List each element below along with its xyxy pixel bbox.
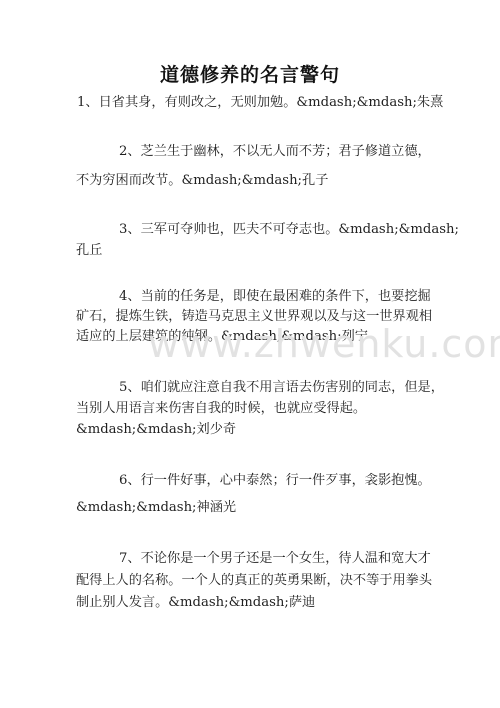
quote-6-line-2: &mdash;&mdash;神涵光 xyxy=(76,499,236,517)
quote-5-line-2: 当别人用语言来伤害自我的时候，也就应受得起。 xyxy=(76,400,366,418)
document-page: 道德修养的名言警句 1、日省其身，有则改之，无则加勉。&mdash;&mdash… xyxy=(0,0,500,708)
quote-2-line-2: 不为穷困而改节。&mdash;&mdash;孔子 xyxy=(76,172,328,190)
quote-1-line-1: 1、日省其身，有则改之，无则加勉。&mdash;&mdash;朱熹 xyxy=(77,94,443,112)
quote-4-line-2: 矿石，提炼生铁，铸造马克思主义世界观以及与这一世界观相 xyxy=(76,308,432,326)
quote-7-line-2: 配得上人的名称。一个人的真正的英勇果断，决不等于用拳头 xyxy=(76,572,432,590)
quote-5-line-3: &mdash;&mdash;刘少奇 xyxy=(76,421,236,439)
quote-4-line-3: 适应的上层建筑的纯钢。&mdash;&mdash;列宁 xyxy=(76,328,368,346)
quote-5-line-1: 5、咱们就应注意自我不用言语去伤害别的同志，但是， xyxy=(119,379,444,397)
quote-3-line-1: 3、三军可夺帅也，匹夫不可夺志也。&mdash;&mdash; xyxy=(119,221,459,239)
quote-7-line-3: 制止别人发言。&mdash;&mdash;萨迪 xyxy=(76,594,315,612)
quote-6-line-1: 6、行一件好事，心中泰然；行一件歹事，衾影抱愧。 xyxy=(119,472,431,490)
quote-3-line-2: 孔丘 xyxy=(76,242,102,260)
quote-7-line-1: 7、不论你是一个男子还是一个女生，待人温和宽大才 xyxy=(119,550,431,568)
quote-4-line-1: 4、当前的任务是，即使在最困难的条件下，也要挖掘 xyxy=(119,288,431,306)
document-title: 道德修养的名言警句 xyxy=(0,60,500,87)
quote-2-line-1: 2、芝兰生于幽林，不以无人而不芳；君子修道立德， xyxy=(119,143,431,161)
